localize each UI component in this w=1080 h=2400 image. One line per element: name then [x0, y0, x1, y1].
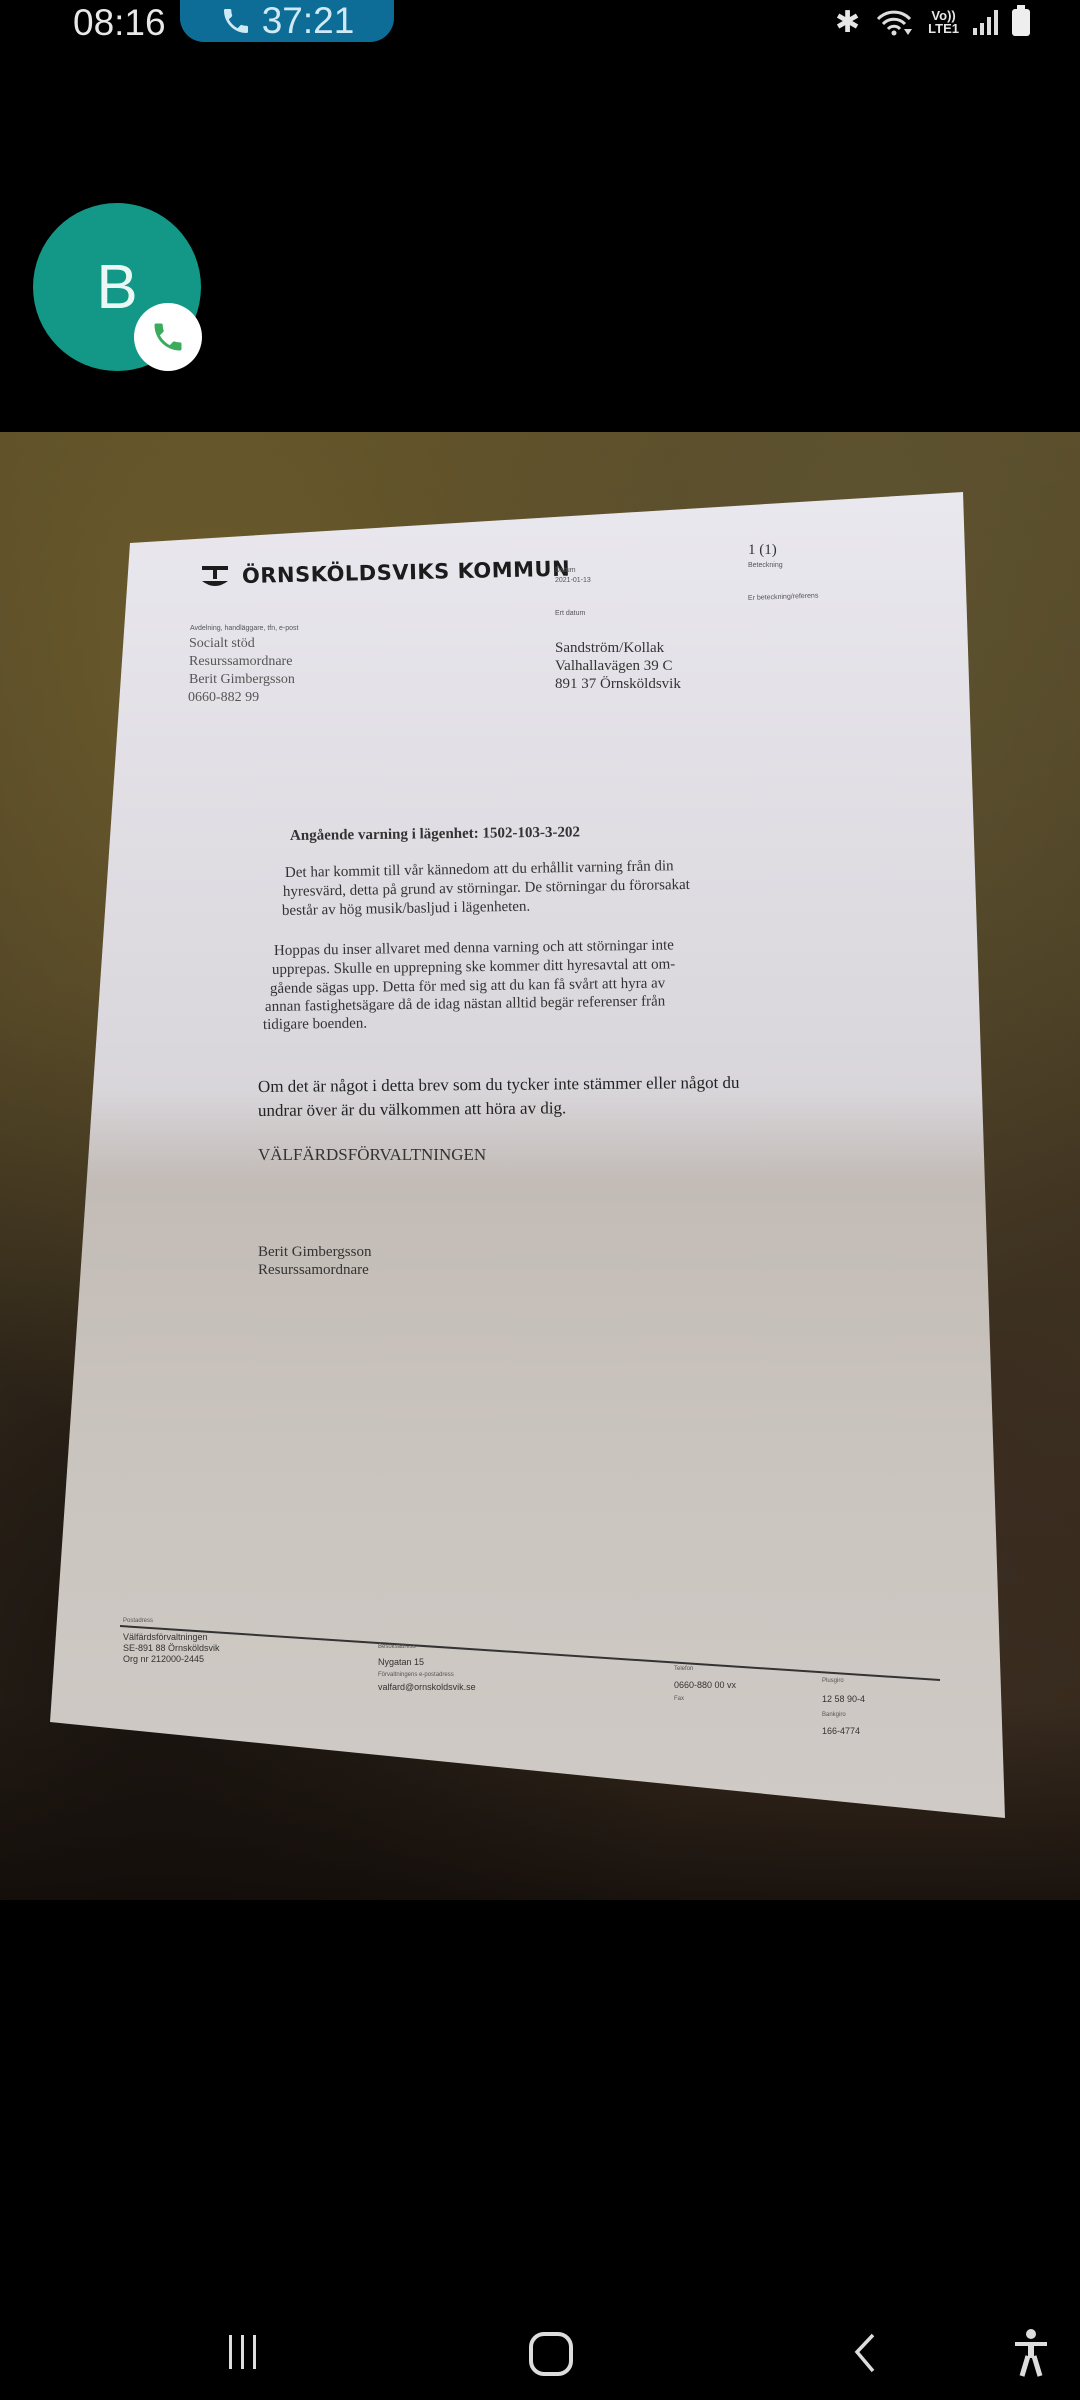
plusgiro-label: Plusgiro	[822, 1678, 844, 1684]
phone-icon	[220, 5, 252, 37]
beteckning-label: Beteckning	[748, 562, 783, 569]
paragraph-line: består av hög musik/basljud i lägenheten…	[282, 898, 531, 921]
recipient-line: Valhallavägen 39 C	[555, 658, 672, 675]
recents-icon	[223, 2327, 263, 2377]
recents-button[interactable]	[208, 2322, 278, 2382]
paragraph-line: undrar över är du välkommen att höra av …	[258, 1098, 566, 1120]
date-value: 2021-01-13	[555, 577, 591, 584]
navigation-bar	[0, 2300, 1080, 2400]
recipient-line: Sandström/Kollak	[555, 640, 664, 657]
call-duration: 37:21	[262, 0, 355, 42]
caller-initial: B	[96, 252, 137, 323]
back-button[interactable]	[830, 2322, 900, 2382]
clock: 08:16	[73, 2, 166, 44]
accessibility-icon	[1011, 2326, 1051, 2378]
paragraph-line: tidigare boenden.	[263, 1015, 367, 1035]
municipality-logo-icon	[200, 564, 230, 590]
telefon-value: 0660-880 00 vx	[674, 1680, 736, 1690]
back-icon	[845, 2327, 885, 2377]
paragraph-line: Om det är något i detta brev som du tyck…	[258, 1073, 740, 1096]
postadress-line: Välfärdsförvaltningen	[123, 1632, 208, 1642]
besoksadress-line: Nygatan 15	[378, 1657, 424, 1667]
sender-line: Socialt stöd	[189, 636, 255, 652]
besoksadress-line: valfard@ornskoldsvik.se	[378, 1682, 476, 1692]
postadress-label: Postadress	[123, 1618, 153, 1624]
letter-document: ÖRNSKÖLDSVIKS KOMMUN Datum 2021-01-13 Er…	[0, 432, 1080, 1900]
sender-line: Resurssamordnare	[189, 654, 292, 670]
signature-title: Resurssamordnare	[258, 1262, 369, 1279]
postadress-line: SE-891 88 Örnsköldsvik	[123, 1643, 220, 1653]
plusgiro-value: 12 58 90-4	[822, 1694, 865, 1704]
sender-line: Berit Gimbergsson	[189, 672, 295, 688]
wifi-icon	[874, 7, 914, 37]
bankgiro-label: Bankgiro	[822, 1712, 846, 1718]
signal-icon	[973, 9, 998, 35]
bankgiro-value: 166-4774	[822, 1726, 860, 1736]
home-icon	[526, 2327, 576, 2377]
page-number: 1 (1)	[748, 542, 777, 559]
home-button[interactable]	[516, 2322, 586, 2382]
postadress-line: Org nr 212000-2445	[123, 1654, 204, 1664]
letter-subject: Angående varning i lägenhet: 1502-103-3-…	[290, 824, 580, 845]
battery-icon	[1012, 9, 1030, 36]
sender-line: 0660-882 99	[188, 690, 259, 706]
bluetooth-icon: ✱	[835, 5, 860, 40]
phone-icon	[150, 319, 186, 355]
sender-label: Avdelning, handläggare, tfn, e-post	[190, 625, 298, 632]
date-label: Datum	[555, 567, 576, 574]
ert-datum-label: Ert datum	[555, 610, 585, 617]
ongoing-call-chip[interactable]: 37:21	[180, 0, 394, 42]
status-icons: ✱ Vo)) LTE1	[835, 2, 1030, 42]
er-beteckning-label: Er beteckning/referens	[748, 593, 819, 602]
call-badge	[134, 303, 202, 371]
accessibility-button[interactable]	[996, 2322, 1066, 2382]
telefon-label: Telefon	[674, 1666, 693, 1672]
shared-photo[interactable]: ÖRNSKÖLDSVIKS KOMMUN Datum 2021-01-13 Er…	[0, 432, 1080, 1900]
volte-icon: Vo)) LTE1	[928, 9, 959, 35]
besoksadress-line: Förvaltningens e-postadress	[378, 1672, 454, 1678]
status-bar: 08:16 37:21 ✱ Vo)) LTE1	[0, 0, 1080, 60]
besoksadress-label: Besöksadress	[378, 1644, 416, 1650]
recipient-line: 891 37 Örnsköldsvik	[555, 676, 681, 693]
department-name: VÄLFÄRDSFÖRVALTNINGEN	[258, 1145, 486, 1165]
org-name: ÖRNSKÖLDSVIKS KOMMUN	[242, 557, 571, 588]
signature-name: Berit Gimbergsson	[258, 1244, 371, 1261]
fax-label: Fax	[674, 1696, 684, 1702]
